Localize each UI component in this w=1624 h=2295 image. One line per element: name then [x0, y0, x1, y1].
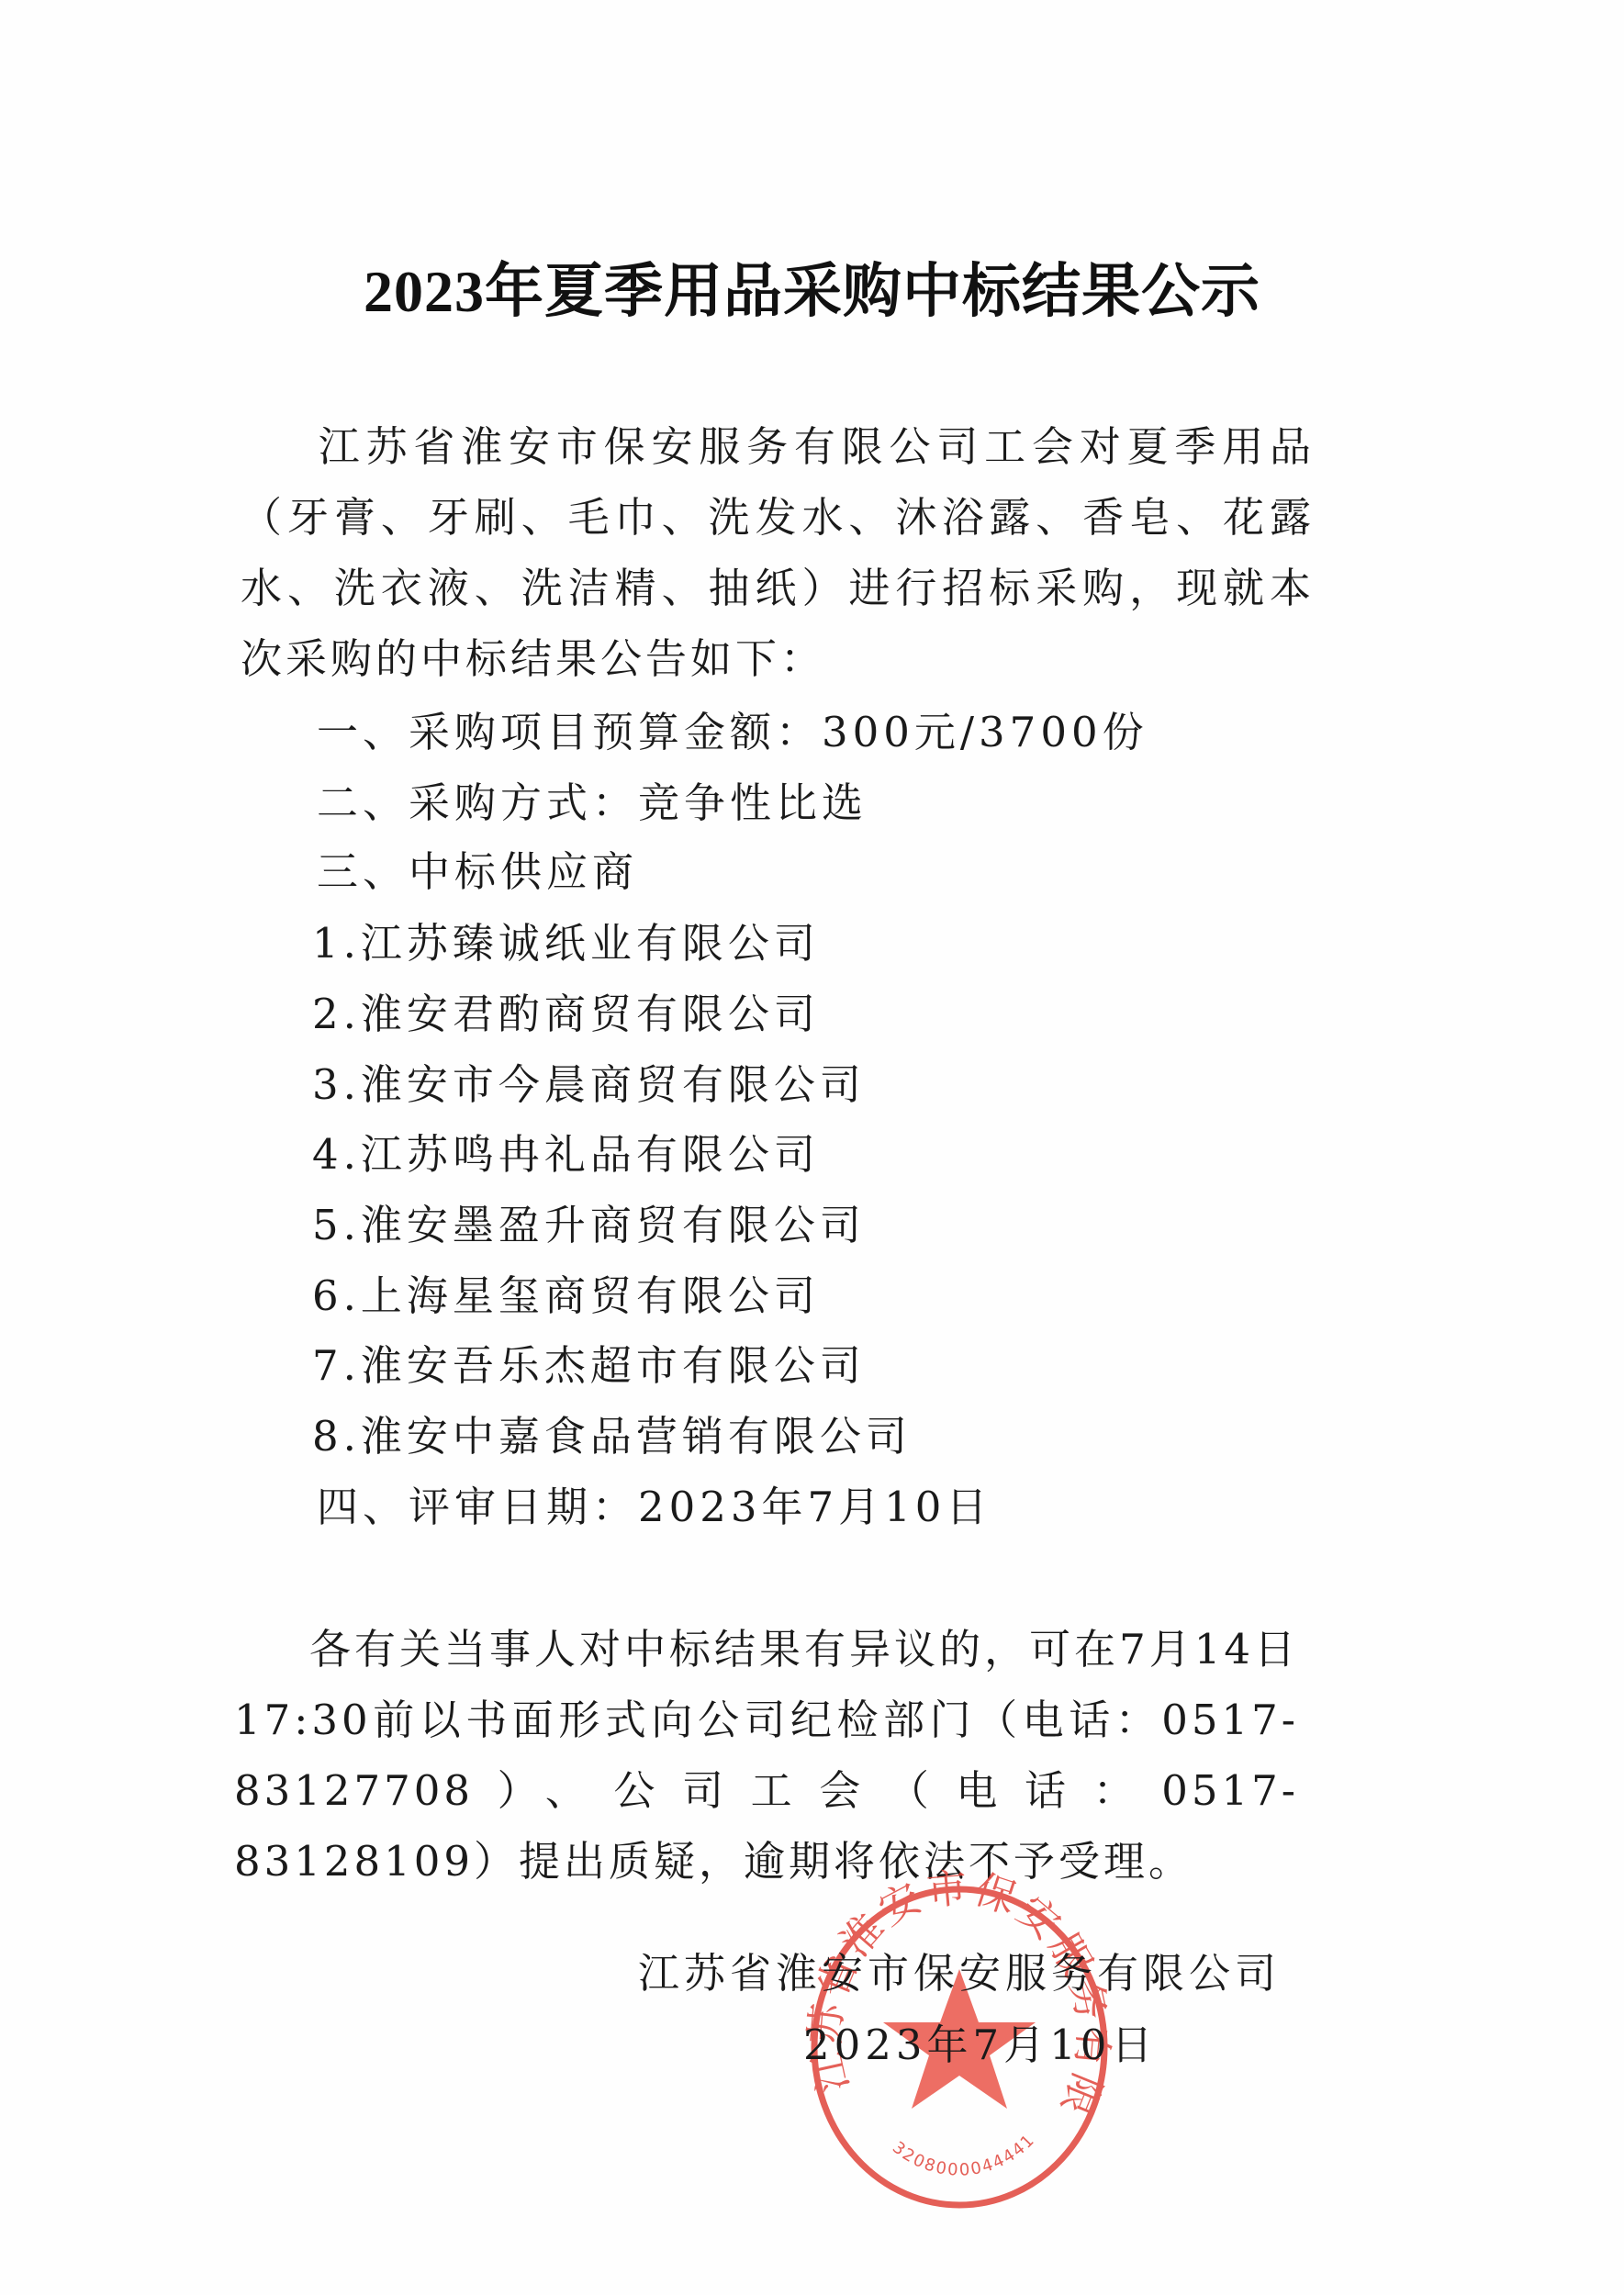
document-title: 2023年夏季用品采购中标结果公示 — [0, 255, 1624, 329]
review-date-line: 四、评审日期：2023年7月10日 — [317, 1480, 991, 1535]
seal-code: 3208000044441 — [889, 2130, 1039, 2179]
signature-organization: 江苏省淮安市保安服务有限公司 — [638, 1946, 1281, 2001]
supplier-item: 4.江苏鸣冉礼品有限公司 — [312, 1127, 820, 1182]
supplier-item: 6.上海星玺商贸有限公司 — [312, 1269, 820, 1324]
supplier-item: 5.淮安墨盈升商贸有限公司 — [312, 1198, 866, 1253]
supplier-item: 7.淮安吾乐杰超市有限公司 — [312, 1338, 866, 1394]
intro-paragraph: 江苏省淮安市保安服务有限公司工会对夏季用品（牙膏、牙刷、毛巾、洗发水、沐浴露、香… — [241, 411, 1315, 694]
suppliers-heading: 三、中标供应商 — [317, 845, 638, 900]
intro-text: 江苏省淮安市保安服务有限公司工会对夏季用品（牙膏、牙刷、毛巾、洗发水、沐浴露、香… — [241, 422, 1315, 683]
method-line: 二、采购方式：竞争性比选 — [317, 776, 868, 831]
objection-paragraph: 各有关当事人对中标结果有异议的，可在7月14日17:30前以书面形式向公司纪检部… — [234, 1614, 1299, 1897]
objection-text: 各有关当事人对中标结果有异议的，可在7月14日17:30前以书面形式向公司纪检部… — [234, 1625, 1299, 1886]
svg-text:3208000044441: 3208000044441 — [889, 2130, 1039, 2179]
signature-date: 2023年7月10日 — [803, 2018, 1157, 2073]
supplier-item: 8.淮安中嘉食品营销有限公司 — [312, 1409, 912, 1464]
document-page: 2023年夏季用品采购中标结果公示 江苏省淮安市保安服务有限公司工会对夏季用品（… — [0, 0, 1624, 2295]
supplier-item: 1.江苏臻诚纸业有限公司 — [312, 916, 820, 971]
supplier-item: 2.淮安君酌商贸有限公司 — [312, 987, 820, 1042]
budget-line: 一、采购项目预算金额：300元/3700份 — [317, 705, 1148, 760]
supplier-item: 3.淮安市今晨商贸有限公司 — [312, 1058, 866, 1113]
